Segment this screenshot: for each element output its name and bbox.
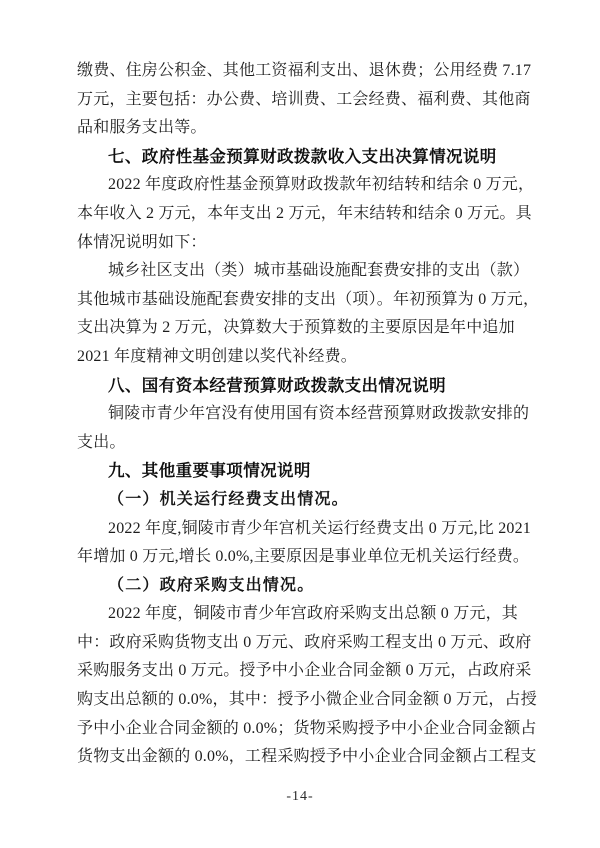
heading-section-7: 七、政府性基金预算财政拨款收入支出决算情况说明: [77, 143, 529, 172]
heading-section-9: 九、其他重要事项情况说明: [77, 457, 529, 486]
document-content: 缴费、住房公积金、其他工资福利支出、退休费；公用经费 7.17 万元，主要包括：…: [77, 57, 529, 772]
body-line: 品和服务支出等。: [77, 114, 529, 143]
body-line: 体情况说明如下：: [77, 229, 529, 258]
body-line: 支出。: [77, 429, 529, 458]
body-line: 年增加 0 万元,增长 0.0%,主要原因是事业单位无机关运行经费。: [77, 543, 529, 572]
body-line: 货物支出金额的 0.0%，工程采购授予中小企业合同金额占工程支: [77, 743, 529, 772]
body-line: 2022 年度，铜陵市青少年宫政府采购支出总额 0 万元，其: [77, 600, 529, 629]
body-line: 铜陵市青少年宫没有使用国有资本经营预算财政拨款安排的: [77, 400, 529, 429]
document-page: 缴费、住房公积金、其他工资福利支出、退休费；公用经费 7.17 万元，主要包括：…: [0, 0, 600, 848]
heading-section-8: 八、国有资本经营预算财政拨款支出情况说明: [77, 372, 529, 401]
body-line: 城乡社区支出（类）城市基础设施配套费安排的支出（款）: [77, 257, 529, 286]
body-line: 缴费、住房公积金、其他工资福利支出、退休费；公用经费 7.17: [77, 57, 529, 86]
body-line: 予中小企业合同金额的 0.0%；货物采购授予中小企业合同金额占: [77, 715, 529, 744]
page-number: -14-: [0, 789, 600, 805]
body-line: 本年收入 2 万元，本年支出 2 万元，年末结转和结余 0 万元。具: [77, 200, 529, 229]
subheading-item-2: （二）政府采购支出情况。: [77, 572, 529, 601]
body-line: 采购服务支出 0 万元。授予中小企业合同金额 0 万元，占政府采: [77, 657, 529, 686]
body-line: 2022 年度,铜陵市青少年宫机关运行经费支出 0 万元,比 2021: [77, 515, 529, 544]
body-line: 2022 年度政府性基金预算财政拨款年初结转和结余 0 万元，: [77, 171, 529, 200]
body-line: 购支出总额的 0.0%，其中：授予小微企业合同金额 0 万元，占授: [77, 686, 529, 715]
subheading-item-1: （一）机关运行经费支出情况。: [77, 486, 529, 515]
body-line: 其他城市基础设施配套费安排的支出（项）。年初预算为 0 万元，: [77, 286, 529, 315]
body-line: 支出决算为 2 万元，决算数大于预算数的主要原因是年中追加: [77, 314, 529, 343]
body-line: 2021 年度精神文明创建以奖代补经费。: [77, 343, 529, 372]
body-line: 中：政府采购货物支出 0 万元、政府采购工程支出 0 万元、政府: [77, 629, 529, 658]
body-line: 万元，主要包括：办公费、培训费、工会经费、福利费、其他商: [77, 86, 529, 115]
